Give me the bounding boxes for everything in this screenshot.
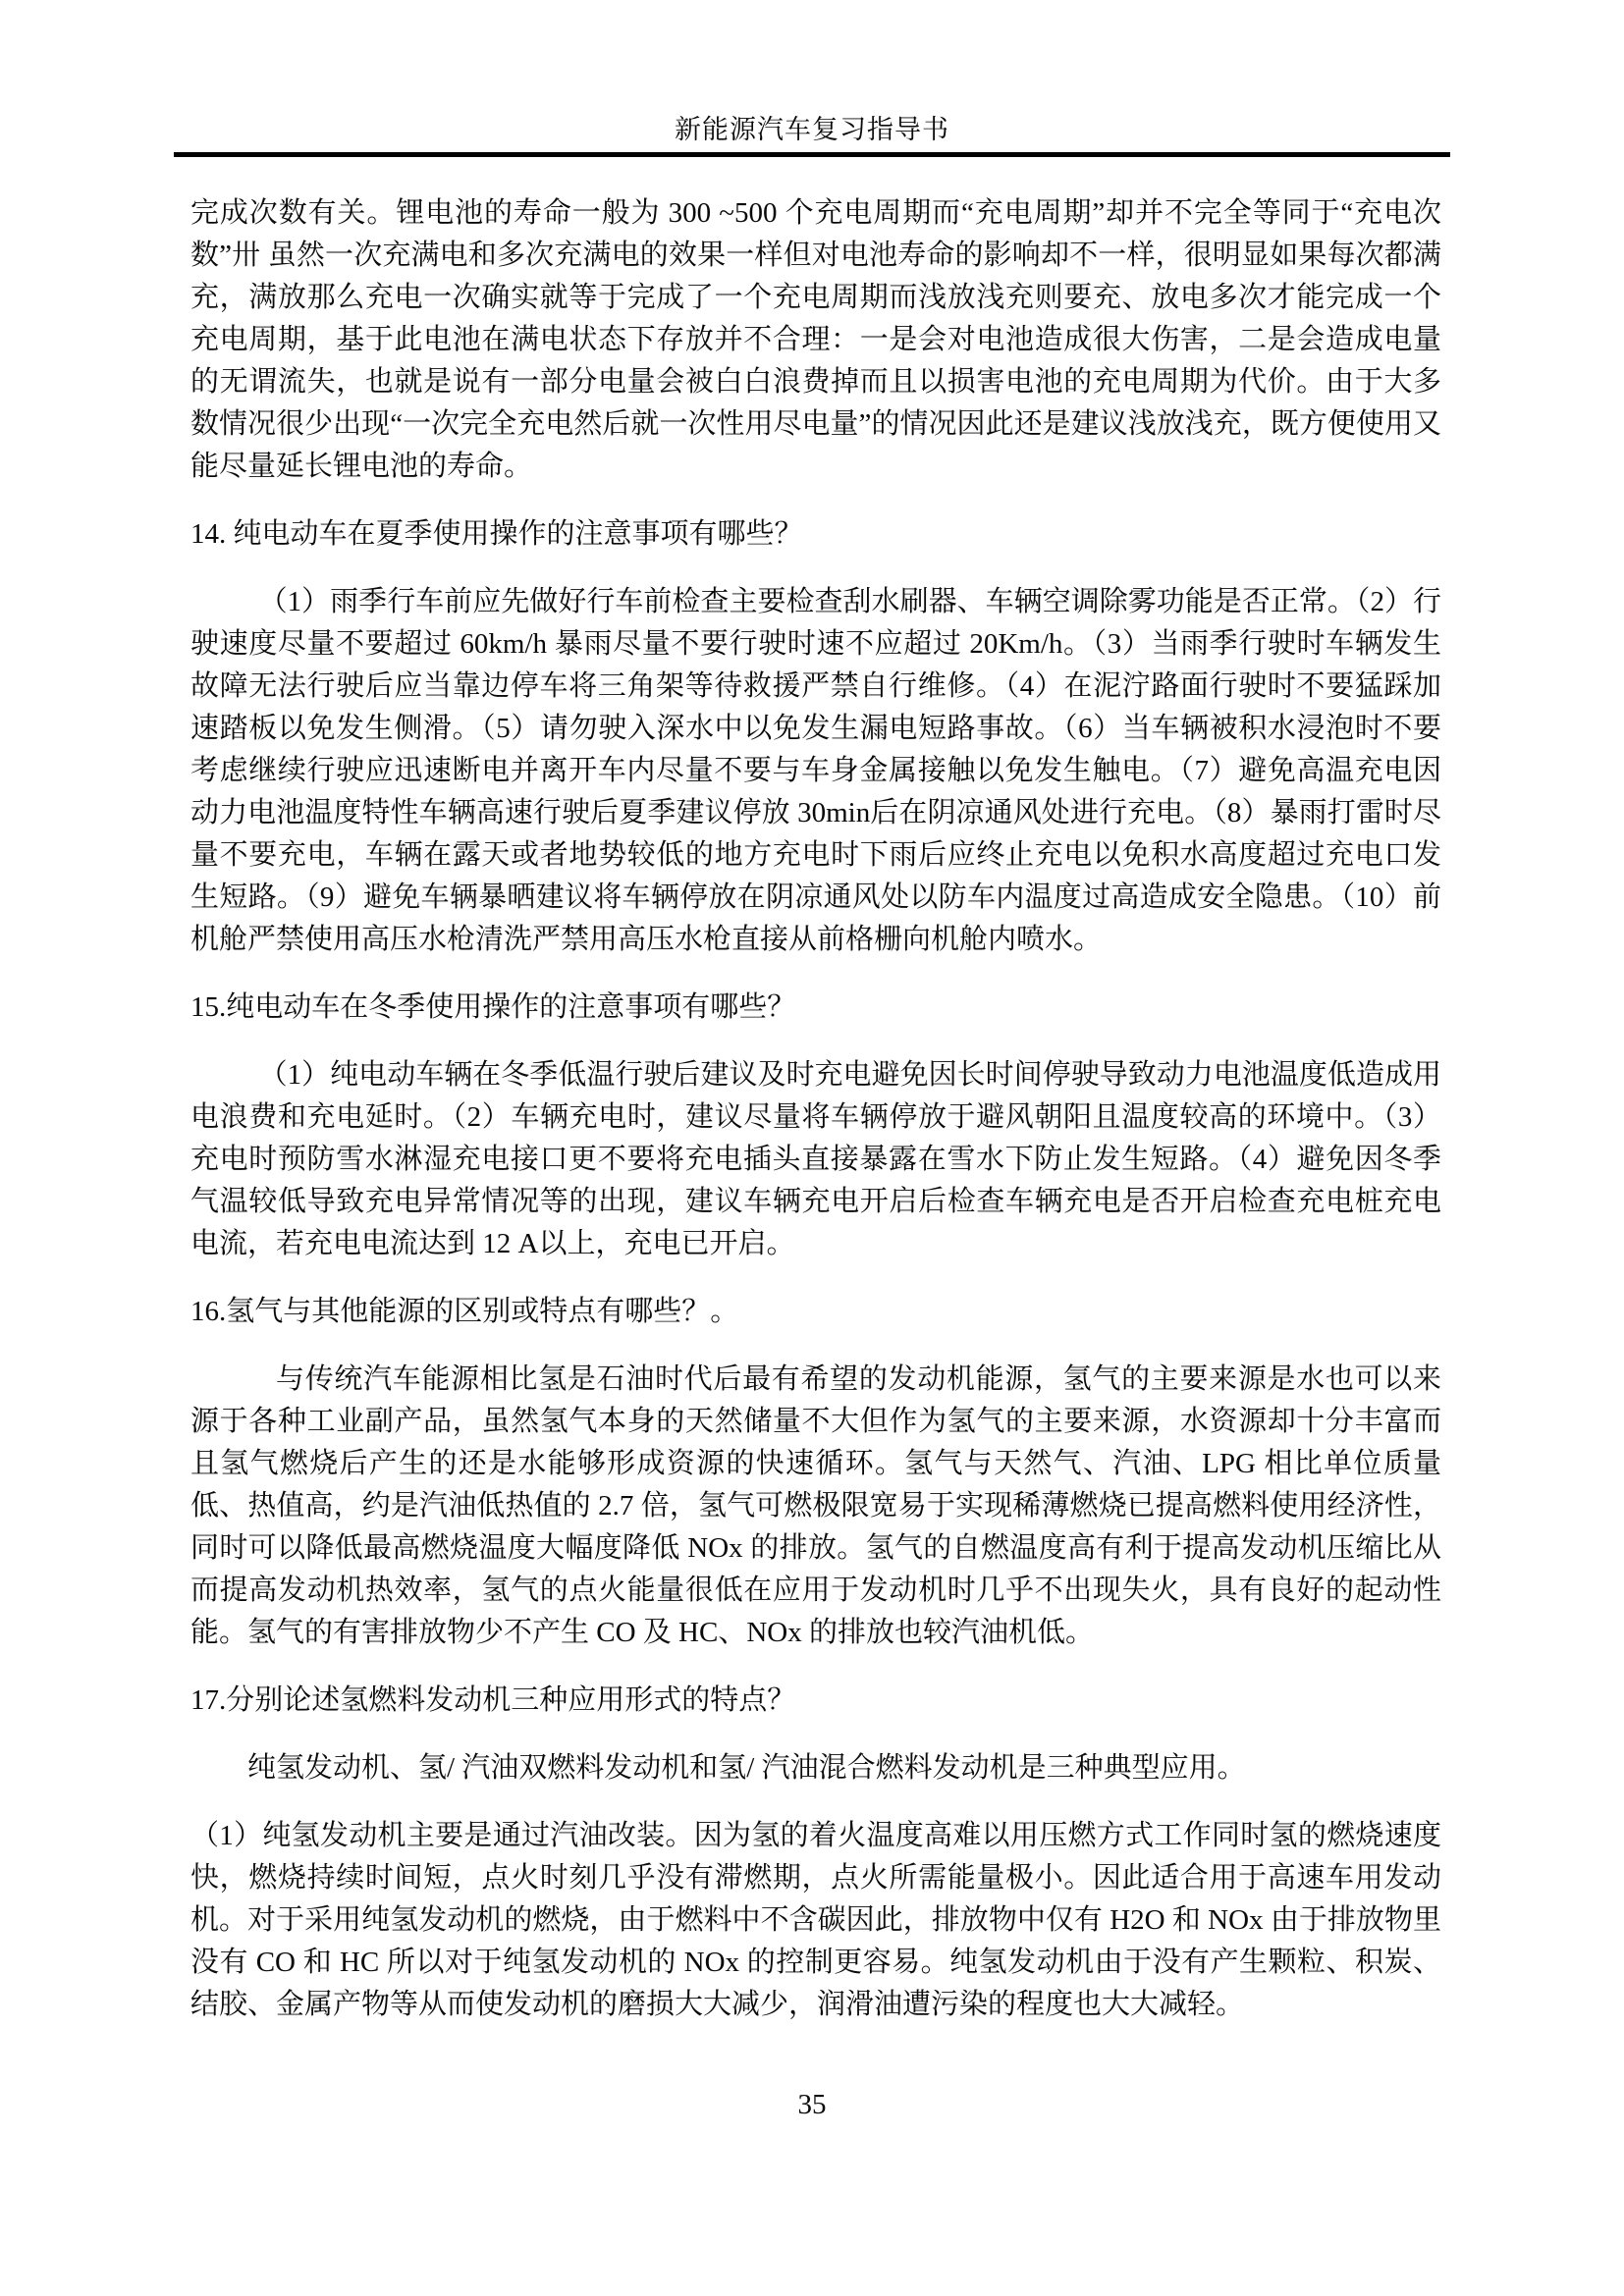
answer-16-paragraph: 与传统汽车能源相比氢是石油时代后最有希望的发动机能源，氢气的主要来源是水也可以来… [190,1359,1441,1654]
answer-17-intro-paragraph: 纯氢发动机、氢/ 汽油双燃料发动机和氢/ 汽油混合燃料发动机是三种典型应用。 [190,1747,1441,1789]
header-rule [174,152,1450,157]
paragraph-battery-life: 完成次数有关。锂电池的寿命一般为 300 ~500 个充电周期而“充电周期”却并… [190,192,1441,488]
question-15-heading: 15.纯电动车在冬季使用操作的注意事项有哪些？ [190,987,1441,1029]
document-content: 完成次数有关。锂电池的寿命一般为 300 ~500 个充电周期而“充电周期”却并… [190,192,1441,2052]
answer-15-paragraph: （1）纯电动车辆在冬季低温行驶后建议及时充电避免因长时间停驶导致动力电池温度低造… [190,1054,1441,1265]
question-17-heading: 17.分别论述氢燃料发动机三种应用形式的特点？ [190,1680,1441,1722]
header-title: 新能源汽车复习指导书 [0,114,1624,145]
question-16-heading: 16.氢气与其他能源的区别或特点有哪些？。 [190,1291,1441,1333]
page-number: 35 [798,2089,827,2120]
question-14-heading: 14. 纯电动车在夏季使用操作的注意事项有哪些？ [190,513,1441,556]
document-page: 新能源汽车复习指导书 完成次数有关。锂电池的寿命一般为 300 ~500 个充电… [0,0,1624,2296]
answer-17-point1-paragraph: （1）纯氢发动机主要是通过汽油改装。因为氢的着火温度高难以用压燃方式工作同时氢的… [190,1815,1441,2026]
answer-14-paragraph: （1）雨季行车前应先做好行车前检查主要检查刮水刷器、车辆空调除雾功能是否正常。（… [190,581,1441,961]
page-header: 新能源汽车复习指导书 [0,114,1624,157]
page-footer: 35 [0,2089,1624,2121]
